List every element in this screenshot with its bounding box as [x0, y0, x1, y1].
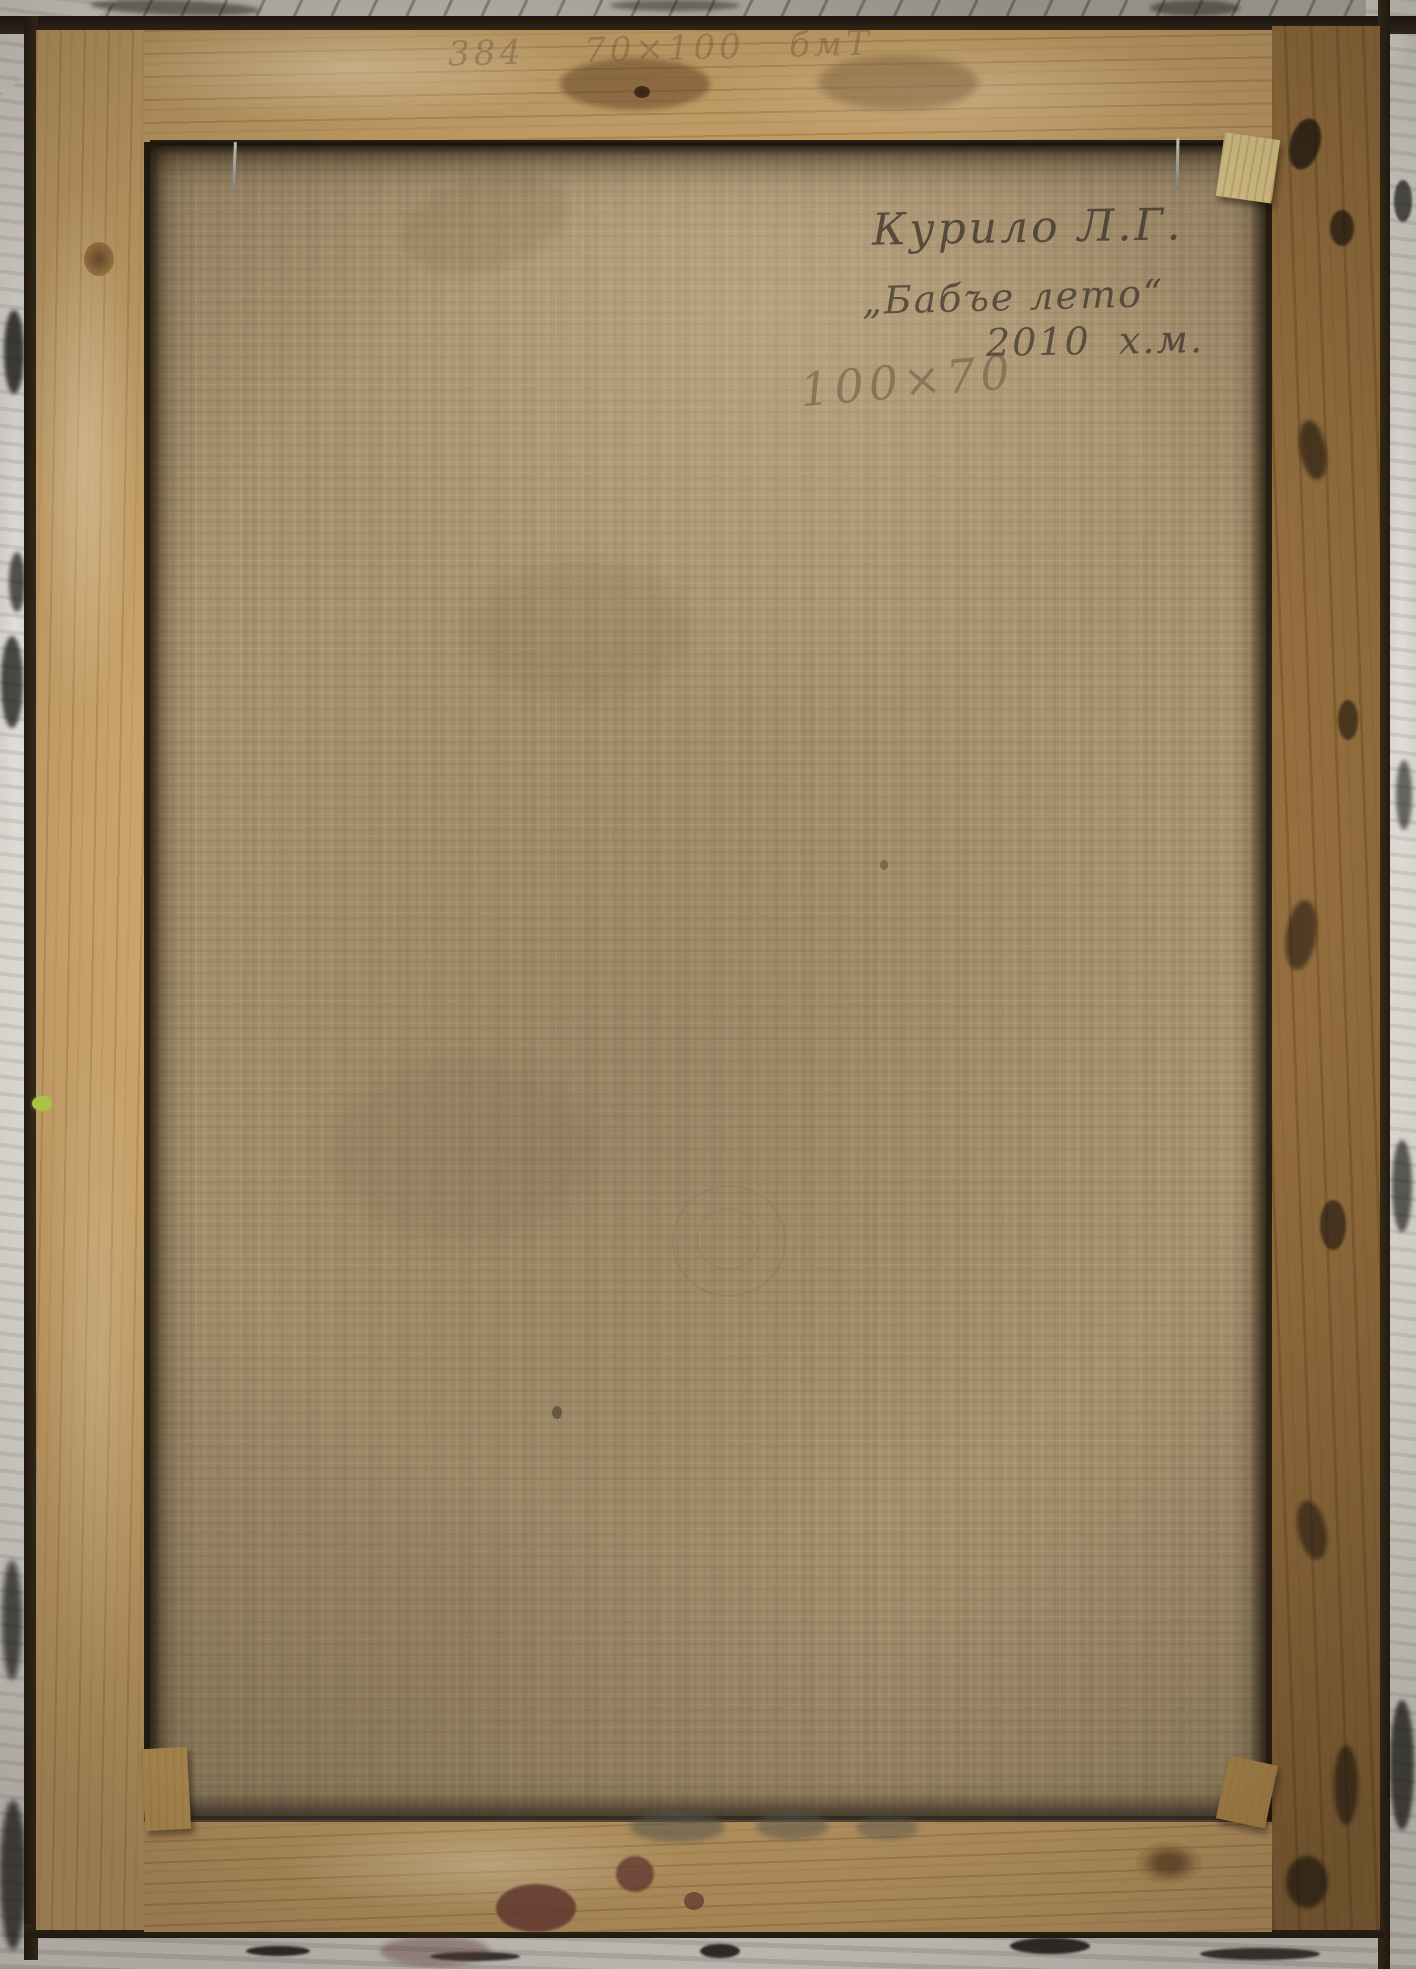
artist-signature: Курило Л.Г. [872, 203, 1184, 252]
inventory-inscription: 384 70×100 бмТ [448, 26, 874, 71]
outer-frame-right [1388, 0, 1416, 1969]
frame-streak [610, 0, 740, 11]
frame-mark [1396, 760, 1412, 830]
artwork-title: „Бабъе лето“ [862, 274, 1165, 320]
stretcher-wedge-top-right [1216, 132, 1280, 203]
shadow-under-top-bar [150, 140, 1266, 156]
canvas-speck [880, 860, 888, 870]
canvas-smudge [330, 1060, 590, 1240]
paint-splotch [1286, 1856, 1328, 1908]
paint-splotch [1320, 1200, 1346, 1250]
canvas-smudge [470, 560, 690, 700]
stretcher-bar-right [1272, 26, 1380, 1930]
frame-stain-maroon [380, 1936, 490, 1966]
frame-mark [1200, 1948, 1320, 1960]
frame-mark [1394, 180, 1412, 222]
painting-back-photo: 384 70×100 бмТ Курило Л.Г. „Бабъе лето“ … [0, 0, 1416, 1969]
stain-maroon-bottom-1 [496, 1884, 576, 1932]
smudge-grey [630, 1812, 725, 1842]
frame-mark [9, 552, 25, 612]
paint-splotch [1334, 1745, 1358, 1825]
frame-mark [2, 1560, 22, 1680]
frame-mark [1390, 1700, 1414, 1830]
frame-mark [1392, 1140, 1412, 1232]
frame-mark [1010, 1938, 1090, 1954]
wood-knot-left-bar [84, 242, 114, 276]
smudge-grey [756, 1812, 828, 1840]
year-and-medium: 2010 х.м. [986, 320, 1205, 362]
frame-streak [1150, 0, 1240, 16]
stretcher-bar-left [36, 30, 144, 1930]
frame-mark [700, 1944, 740, 1958]
frame-mark [0, 1800, 26, 1950]
paint-splotch [1338, 700, 1358, 740]
smudge-grey [856, 1816, 918, 1840]
stain-maroon-bottom-2 [616, 1856, 654, 1892]
canvas-back [150, 146, 1266, 1816]
stretcher-wedge-bottom-left [141, 1747, 191, 1831]
canvas-speck [552, 1406, 562, 1419]
wood-knot-bottom-bar [1136, 1842, 1202, 1884]
canvas-swirl-mark-inner [696, 1208, 760, 1270]
frame-mark [246, 1946, 310, 1956]
paint-speck-green [32, 1096, 52, 1111]
shadow-left-bar [144, 142, 162, 1822]
frame-mark [1, 636, 23, 728]
paint-splotch [1330, 210, 1354, 246]
stain-maroon-bottom-3 [684, 1892, 704, 1910]
frame-mark [4, 310, 24, 394]
shadow-right-bar [1250, 142, 1272, 1822]
